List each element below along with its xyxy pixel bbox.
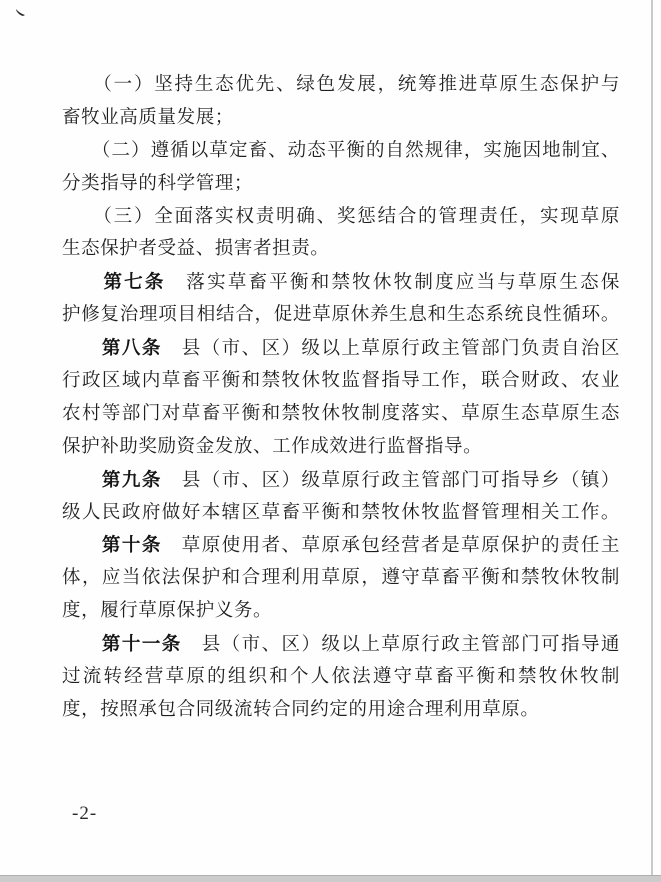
text-line: （三）全面落实权责明确、奖惩结合的管理责任，实现草原 — [62, 201, 620, 234]
line-text: 县（市、区）级以上草原行政主管部门负责自治区 — [162, 339, 620, 359]
text-line: （二）遵循以草定畜、动态平衡的自然规律，实施因地制宜、 — [62, 135, 620, 168]
line-text: 生态保护者受益、损害者担责。 — [62, 239, 329, 259]
text-line: （一）坚持生态优先、绿色发展，统筹推进草原生态保护与 — [62, 69, 620, 102]
text-line: 过流转经营草原的组织和个人依法遵守草畜平衡和禁牧休牧制 — [62, 661, 620, 694]
text-line: 第八条 县（市、区）级以上草原行政主管部门负责自治区 — [62, 332, 620, 365]
line-text: 护修复治理项目相结合，促进草原休养生息和生态系统良性循环。 — [62, 305, 620, 325]
line-text: 分类指导的科学管理； — [62, 174, 253, 194]
line-text: （一）坚持生态优先、绿色发展，统筹推进草原生态保护与 — [62, 75, 620, 95]
article-number: 第八条 — [62, 337, 162, 358]
line-text: 县（市、区）级以上草原行政主管部门可指导通 — [182, 635, 620, 655]
article-number: 第十条 — [62, 534, 162, 555]
line-text: 级人民政府做好本辖区草畜平衡和禁牧休牧监督管理相关工作。 — [62, 503, 620, 523]
text-line: 保护补助奖励资金发放、工作成效进行监督指导。 — [62, 431, 620, 464]
text-line: 体，应当依法保护和合理利用草原，遵守草畜平衡和禁牧休牧制 — [62, 562, 620, 595]
line-text: 行政区域内草畜平衡和禁牧休牧监督指导工作，联合财政、农业 — [62, 371, 620, 391]
line-text: 县（市、区）级草原行政主管部门可指导乡（镇） — [162, 471, 620, 491]
text-line: 第十一条 县（市、区）级以上草原行政主管部门可指导通 — [62, 628, 620, 661]
document-page: （一）坚持生态优先、绿色发展，统筹推进草原生态保护与畜牧业高质量发展； （二）遵… — [0, 0, 661, 882]
pen-mark — [14, 7, 28, 21]
line-text: 畜牧业高质量发展； — [62, 108, 234, 128]
line-text: 过流转经营草原的组织和个人依法遵守草畜平衡和禁牧休牧制 — [62, 667, 620, 687]
line-text: 农村等部门对草畜平衡和禁牧休牧制度落实、草原生态草原生态 — [62, 404, 620, 424]
text-line: 度，按照承包合同级流转合同约定的用途合理利用草原。 — [62, 694, 620, 727]
line-text: 度，履行草原保护义务。 — [62, 601, 272, 621]
article-number: 第七条 — [62, 271, 166, 292]
page-number: -2- — [72, 803, 97, 825]
text-line: 第七条 落实草畜平衡和禁牧休牧制度应当与草原生态保 — [62, 266, 620, 299]
text-line: 护修复治理项目相结合，促进草原休养生息和生态系统良性循环。 — [62, 299, 620, 332]
text-line: 级人民政府做好本辖区草畜平衡和禁牧休牧监督管理相关工作。 — [62, 497, 620, 530]
text-line: 行政区域内草畜平衡和禁牧休牧监督指导工作，联合财政、农业 — [62, 365, 620, 398]
text-line: 畜牧业高质量发展； — [62, 102, 620, 135]
scan-edge-bottom — [0, 875, 661, 882]
line-text: 草原使用者、草原承包经营者是草原保护的责任主 — [162, 536, 620, 556]
text-line: 度，履行草原保护义务。 — [62, 595, 620, 628]
text-line: 生态保护者受益、损害者担责。 — [62, 233, 620, 266]
document-text-block: （一）坚持生态优先、绿色发展，统筹推进草原生态保护与畜牧业高质量发展； （二）遵… — [62, 69, 620, 727]
article-number: 第九条 — [62, 469, 162, 490]
text-line: 分类指导的科学管理； — [62, 168, 620, 201]
line-text: 体，应当依法保护和合理利用草原，遵守草畜平衡和禁牧休牧制 — [62, 568, 620, 588]
article-number: 第十一条 — [62, 633, 182, 654]
text-line: 第十条 草原使用者、草原承包经营者是草原保护的责任主 — [62, 529, 620, 562]
line-text: 保护补助奖励资金发放、工作成效进行监督指导。 — [62, 437, 482, 457]
line-text: （二）遵循以草定畜、动态平衡的自然规律，实施因地制宜、 — [62, 141, 620, 161]
text-line: 农村等部门对草畜平衡和禁牧休牧制度落实、草原生态草原生态 — [62, 398, 620, 431]
line-text: （三）全面落实权责明确、奖惩结合的管理责任，实现草原 — [62, 207, 620, 227]
text-line: 第九条 县（市、区）级草原行政主管部门可指导乡（镇） — [62, 464, 620, 497]
line-text: 落实草畜平衡和禁牧休牧制度应当与草原生态保 — [166, 273, 620, 293]
line-text: 度，按照承包合同级流转合同约定的用途合理利用草原。 — [62, 700, 540, 720]
scan-edge-right — [651, 0, 653, 882]
